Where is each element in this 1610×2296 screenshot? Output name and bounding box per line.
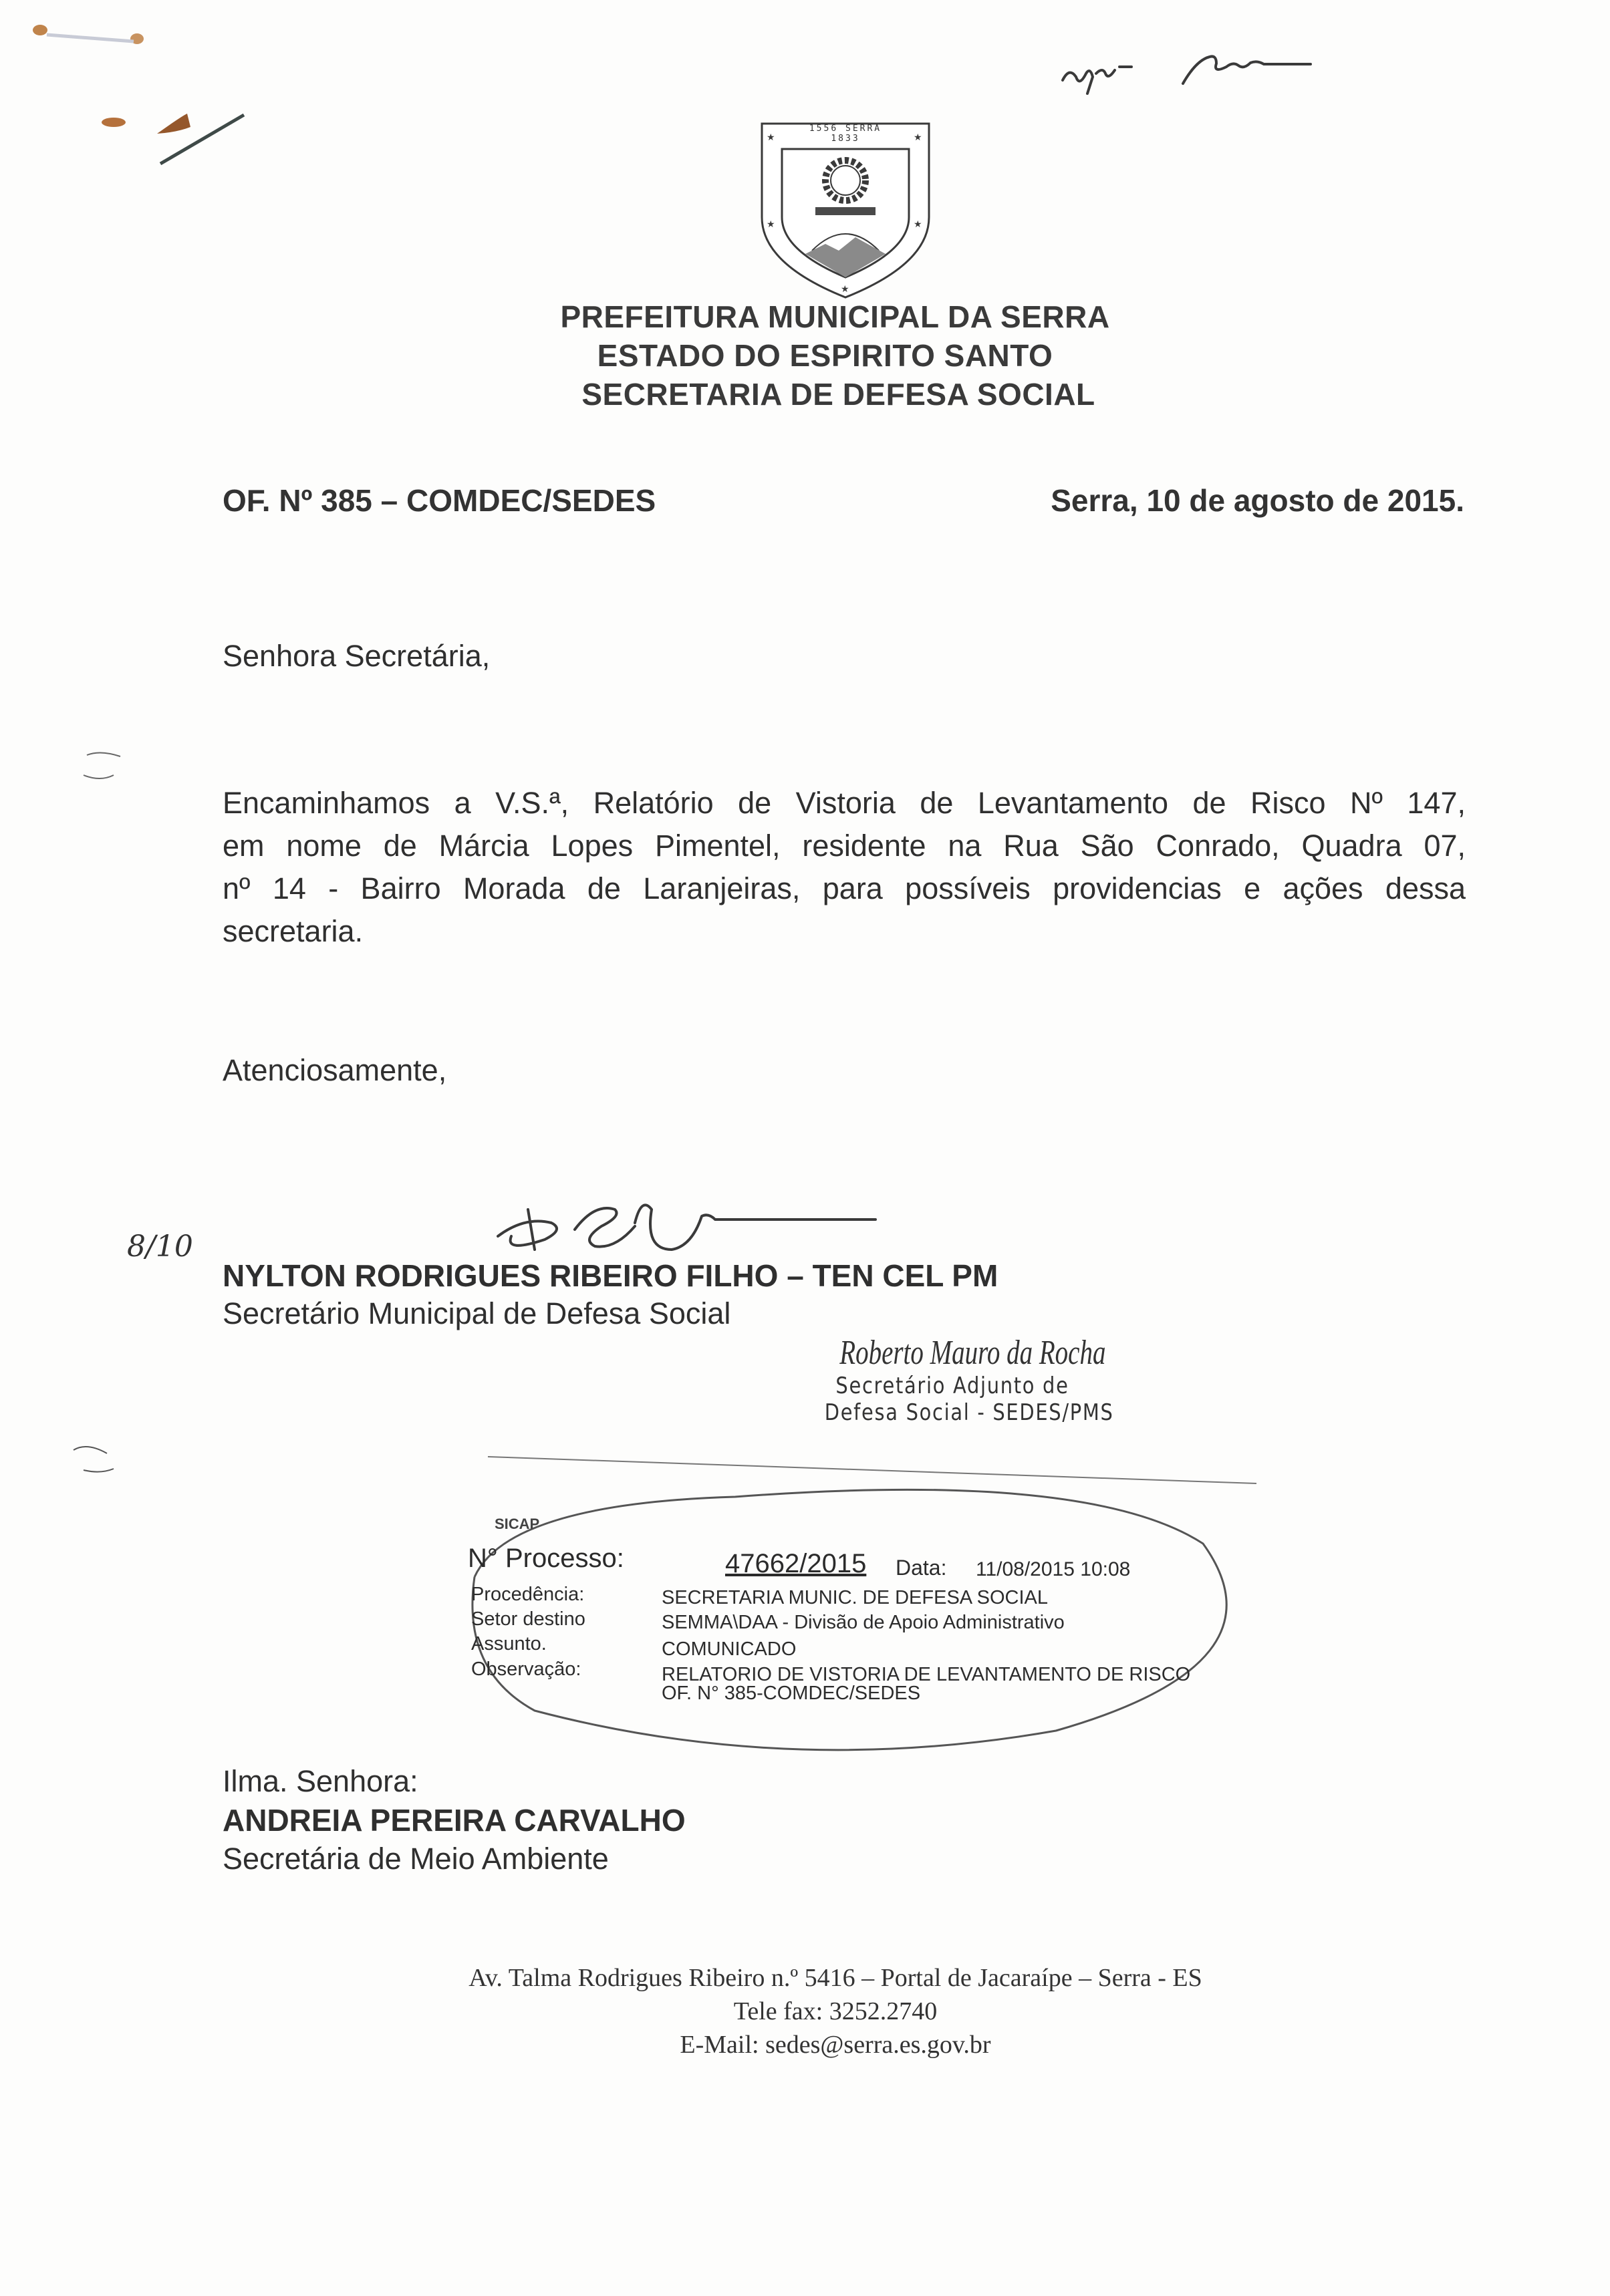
recipient-name: ANDREIA PEREIRA CARVALHO [223,1801,686,1840]
staple-marks [0,0,281,200]
header-line-1: PREFEITURA MUNICIPAL DA SERRA [0,297,1610,336]
letterhead: PREFEITURA MUNICIPAL DA SERRA ESTADO DO … [0,297,1610,414]
footer: Av. Talma Rodrigues Ribeiro n.º 5416 – P… [401,1961,1270,2061]
row-setor-label: Setor destino [471,1608,585,1630]
svg-text:★: ★ [767,219,775,230]
row-assunto-label: Assunto. [471,1633,547,1655]
header-line-3: SECRETARIA DE DEFESA SOCIAL [0,375,1610,414]
row-setor-value: SEMMA\DAA - Divisão de Apoio Administrat… [662,1612,1065,1634]
recipient-block: Ilma. Senhora: ANDREIA PEREIRA CARVALHO … [223,1762,686,1878]
process-number: 47662/2015 [725,1549,866,1579]
date-label: Data: [896,1556,946,1580]
process-label: N° Processo: [468,1544,624,1574]
body-line-1: Encaminhamos a V.S.ª, Relatório de Visto… [223,782,1466,825]
row-assunto-value: COMUNICADO [662,1638,796,1661]
footer-phone: Tele fax: 3252.2740 [401,1995,1270,2028]
adjunct-title-1: Secretário Adjunto de [825,1373,1081,1399]
adjunct-name: Roberto Mauro da Rocha [839,1333,1065,1373]
svg-text:★: ★ [914,132,922,143]
margin-note: 8/10 [127,1230,193,1264]
row-observacao-value-2: OF. N° 385-COMDEC/SEDES [662,1683,920,1705]
signatory-name: NYLTON RODRIGUES RIBEIRO FILHO – TEN CEL… [223,1258,998,1294]
place-date: Serra, 10 de agosto de 2015. [1051,482,1464,519]
salutation: Senhora Secretária, [223,635,490,678]
footer-email: E-Mail: sedes@serra.es.gov.br [401,2028,1270,2061]
municipal-crest: ★ ★ ★ ★ ★ 1556 SERRA 1833 [759,117,932,301]
signatory-title: Secretário Municipal de Defesa Social [223,1296,730,1331]
recipient-title: Secretária de Meio Ambiente [223,1840,686,1878]
crest-icon: ★ ★ ★ ★ ★ [759,117,932,301]
recipient-salutation: Ilma. Senhora: [223,1762,686,1801]
body-paragraph: Encaminhamos a V.S.ª, Relatório de Visto… [223,782,1466,953]
stamp-system-label: SICAP [495,1516,539,1533]
row-procedencia-value: SECRETARIA MUNIC. DE DEFESA SOCIAL [662,1587,1048,1609]
row-observacao-label: Observação: [471,1659,581,1681]
closing: Atenciosamente, [223,1049,446,1092]
adjunct-title-2: Defesa Social - SEDES/PMS [825,1399,1081,1426]
protocol-stamp: N° Processo: 47662/2015 Data: 11/08/2015… [468,1544,1236,1744]
svg-text:★: ★ [914,219,922,230]
body-line-2: em nome de Márcia Lopes Pimentel, reside… [223,825,1466,867]
svg-text:★: ★ [841,284,849,295]
adjunct-stamp: Roberto Mauro da Rocha Secretário Adjunt… [802,1333,1103,1426]
crest-band-text: 1556 SERRA 1833 [799,124,892,144]
hole-punch-marks [67,742,147,1477]
office-number: OF. Nº 385 – COMDEC/SEDES [223,482,656,519]
handwritten-note [1056,47,1350,100]
svg-text:★: ★ [767,132,775,143]
body-line-4: secretaria. [223,910,1466,953]
date-value: 11/08/2015 10:08 [976,1558,1130,1581]
footer-address: Av. Talma Rodrigues Ribeiro n.º 5416 – P… [401,1961,1270,1995]
row-procedencia-label: Procedência: [471,1584,584,1606]
header-line-2: ESTADO DO ESPIRITO SANTO [0,336,1610,375]
body-line-3: nº 14 - Bairro Morada de Laranjeiras, pa… [223,867,1466,910]
